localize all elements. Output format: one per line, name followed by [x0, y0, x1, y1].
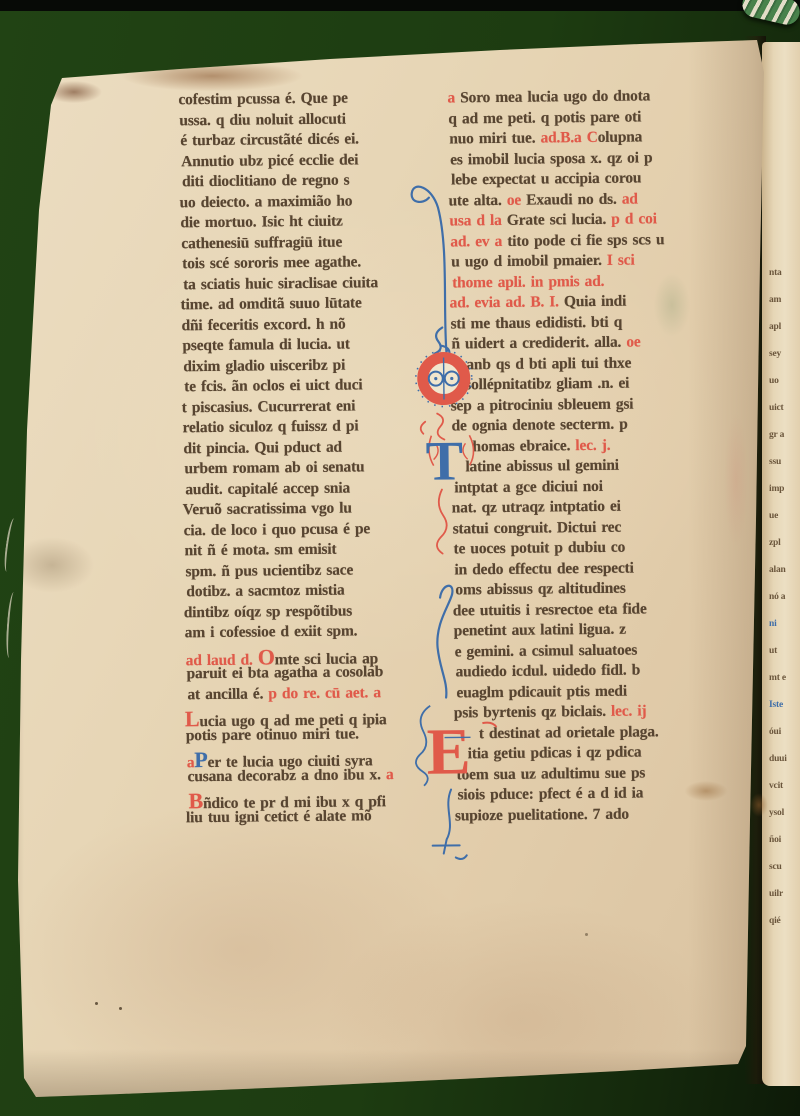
text-layer: cofestim pcussa é. Que peussa. q diu nol… — [0, 0, 800, 1116]
inline-initial: Annutio ubz picé ecclie dei — [181, 151, 358, 170]
rubric-text: ad — [622, 190, 638, 207]
text-line: a Soro mea lucia ugo do dnota — [447, 87, 719, 110]
inline-initial: potis pare otinuo miri tue. — [186, 725, 359, 744]
text-line: homas ebraice. lec. j. — [472, 435, 722, 458]
inline-initial: am i cofessioe d exiit spm. — [185, 622, 358, 641]
inline-initial: Veruõ sacratissima vgo lu — [183, 500, 352, 519]
text-line: es imobil lucia sposa x. qz oi p — [450, 148, 720, 171]
inline-initial: es imobil lucia sposa x. qz oi p — [450, 149, 652, 168]
inline-initial: Grate sci lucia. — [507, 211, 612, 229]
rubric-text: a — [447, 89, 460, 106]
inline-initial: te fcis. ãn oclos ei uict duci — [184, 376, 362, 395]
text-line: nuo miri tue. ad.B.a Colupna — [449, 128, 719, 151]
rubric-text: lec. j. — [575, 436, 610, 453]
inline-initial: relatio siculoz q fuissz d pi — [183, 417, 359, 436]
inline-initial: nuo miri tue. — [449, 130, 540, 148]
rubric-text: lec. ij — [611, 702, 647, 719]
inline-initial: liu tuu igni cetict é alate mõ — [186, 807, 372, 826]
red-filigree-lower — [436, 490, 447, 554]
inline-initial: Soro mea lucia ugo do dnota — [460, 87, 650, 106]
svg-text:E: E — [426, 715, 471, 788]
inline-initial: cathenesiū suffragiū itue — [181, 233, 342, 252]
initial-E: E — [415, 705, 497, 789]
inline-initial: time. ad omditã suuo lūtate — [181, 294, 362, 313]
inline-initial: paruit ei bta agatha a cosolab — [186, 663, 383, 682]
initial-O — [415, 350, 472, 407]
filigree-ornament: T E — [393, 177, 512, 873]
inline-initial: dotibz. a sacmtoz mistia — [186, 582, 344, 601]
inline-initial: tito pode ci fie sps scs u — [507, 231, 664, 250]
rubric-text: p d coi — [611, 210, 657, 227]
inline-initial: cofestim pcussa é. Que pe — [178, 90, 347, 109]
inline-initial: cusana decorabz a dno ibu x. — [188, 766, 386, 785]
inline-initial: olupna — [598, 128, 643, 145]
inline-initial: Quia indi — [564, 293, 626, 311]
text-line: Annutio ubz picé ecclie dei — [181, 150, 441, 173]
inline-initial: at ancilla é. — [187, 685, 268, 703]
inline-initial: diti dioclitiano de regno s — [182, 172, 350, 191]
blue-connector-flourish — [437, 586, 454, 698]
inline-initial: urbem romam ab oi senatu — [184, 458, 364, 477]
inline-initial: dñi feceritis excord. h nõ — [181, 315, 345, 334]
manuscript-photo: { "colors": { "ink": "#584531", "rubric_… — [0, 0, 800, 1116]
rubric-text: p do re. cū aet. a — [268, 684, 381, 702]
inline-initial: Exaudi no ds. — [526, 190, 622, 208]
inline-initial: q ad me peti. q potis pare oti — [448, 108, 641, 127]
inline-initial: nit ñ é mota. sm emisit — [184, 541, 336, 560]
rubric-text: a — [386, 766, 394, 783]
text-line: cofestim pcussa é. Que pe — [178, 89, 440, 112]
rubric-text: C — [587, 129, 598, 146]
inline-initial: die mortuo. Isic ht ciuitz — [180, 213, 342, 232]
rubric-text: ad.B.a — [540, 129, 586, 146]
inline-initial: tois scé sororis mee agathe. — [182, 253, 361, 272]
rubric-text: oe — [507, 191, 527, 208]
inline-initial: dintibz oíqz sp respõtibus — [184, 602, 352, 621]
inline-initial: ussa. q diu noluit allocuti — [179, 110, 346, 129]
inline-initial: audit. capitalé accep snia — [185, 479, 350, 498]
rubric-text: I sci — [607, 252, 635, 269]
blue-descender-flourish — [432, 789, 467, 859]
svg-text:T: T — [425, 430, 463, 492]
text-line: ussa. q diu noluit allocuti — [179, 109, 440, 132]
text-line: é turbaz circustãté dicés ei. — [180, 130, 440, 153]
initial-T: T — [425, 430, 474, 492]
inline-initial: t piscasius. Cucurrerat eni — [182, 397, 356, 416]
blue-ascender-flourish — [412, 186, 450, 357]
inline-initial: dixim gladio uisceribz pi — [183, 356, 345, 375]
inline-initial: pseqte famula di lucia. ut — [182, 336, 350, 355]
inline-initial: uo deiecto. a maximião ho — [179, 192, 352, 211]
inline-initial: spm. ñ pus ucientibz sace — [185, 561, 353, 580]
inline-initial: cia. de loco i quo pcusa é pe — [184, 520, 371, 539]
text-line: t destinat ad orietale plaga. — [479, 722, 726, 745]
inline-initial: é turbaz circustãté dicés ei. — [180, 130, 359, 149]
text-line: q ad me peti. q potis pare oti — [448, 107, 719, 130]
rubric-text: oe — [626, 333, 640, 350]
inline-initial: ta sciatis huic siraclisae ciuita — [183, 274, 378, 293]
inline-initial: dit pincia. Qui pduct ad — [183, 438, 342, 457]
